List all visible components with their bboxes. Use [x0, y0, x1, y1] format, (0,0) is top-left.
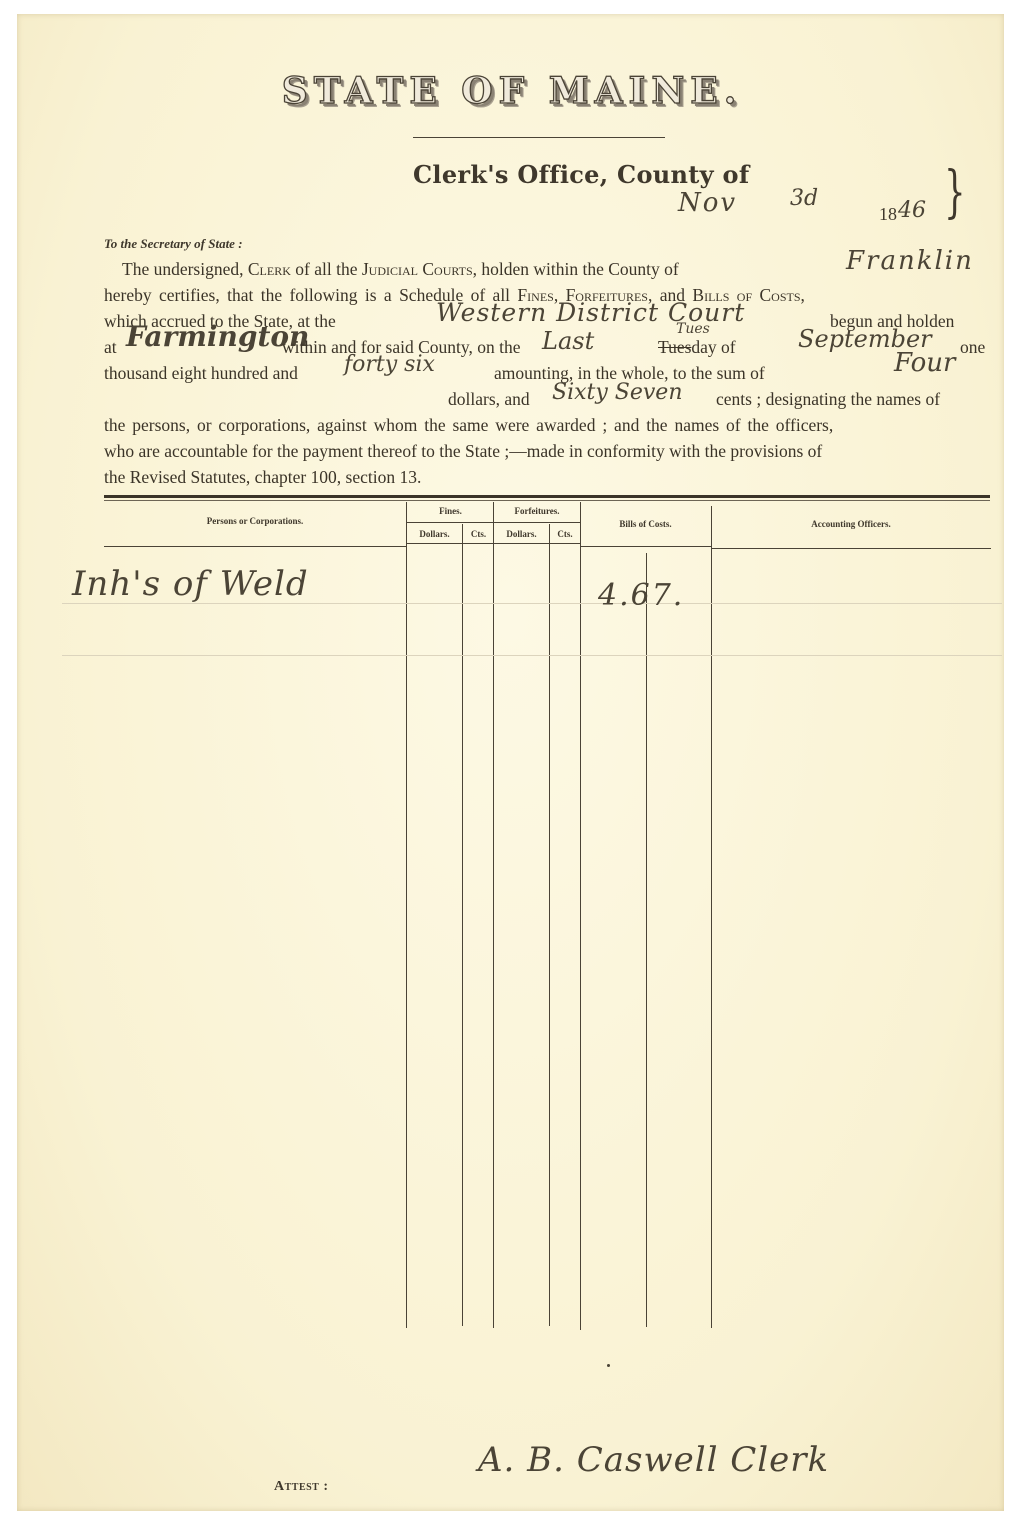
clerk-signature: A. B. Caswell Clerk	[478, 1440, 829, 1480]
header-accounting-officers: Accounting Officers.	[711, 519, 991, 529]
body-line-5-start: thousand eight hundred and	[104, 360, 298, 386]
body-line-1: The undersigned, Clerk of all the Judici…	[122, 256, 679, 282]
header-persons: Persons or Corporations.	[104, 516, 406, 526]
certification-paragraph: The undersigned, Clerk of all the Judici…	[104, 256, 997, 496]
header-fines-cents: Cts.	[463, 529, 494, 539]
salutation: To the Secretary of State :	[104, 236, 243, 252]
date-year-printed: 18	[879, 204, 897, 225]
body-line-9: the Revised Statutes, chapter 100, secti…	[104, 464, 421, 490]
handwritten-cents-words: Sixty Seven	[552, 380, 683, 406]
column-divider-6	[711, 506, 712, 1328]
column-divider-2	[462, 524, 463, 1326]
date-month-handwritten: Nov	[678, 188, 737, 218]
handwritten-county: Franklin	[846, 248, 974, 274]
table-top-rule-thin	[104, 500, 990, 501]
column-divider-1	[406, 502, 407, 1328]
row-person: Inh's of Weld	[72, 564, 309, 604]
column-divider-4	[549, 524, 550, 1326]
header-bottom-rule-right	[711, 548, 991, 549]
struck-weekday: Tues	[658, 337, 691, 357]
handwritten-year-words: forty six	[344, 352, 435, 378]
body-line-4-start: at	[104, 334, 117, 360]
handwritten-dollars-words: Four	[894, 350, 955, 376]
date-day-handwritten: 3d	[790, 186, 818, 211]
header-fines: Fines.	[407, 506, 494, 516]
office-heading: Clerk's Office, County of	[413, 160, 749, 189]
body-line-7: the persons, or corporations, against wh…	[104, 412, 833, 438]
body-line-6-start: dollars, and	[448, 386, 530, 412]
header-fines-dollars: Dollars.	[407, 529, 462, 539]
body-line-4-end: one	[960, 334, 985, 360]
brace-glyph: }	[944, 165, 965, 221]
header-bills-of-costs: Bills of Costs.	[580, 519, 711, 529]
ink-dot	[607, 1364, 610, 1367]
handwritten-day-ordinal: Last	[542, 328, 594, 354]
header-forfeitures-cents: Cts.	[550, 529, 580, 539]
date-year-handwritten: 46	[898, 198, 926, 223]
header-forfeitures: Forfeitures.	[494, 506, 580, 516]
column-divider-bills-inner	[646, 553, 647, 1327]
row-bills-of-costs: 4.67.	[598, 578, 684, 613]
attest-label: Attest :	[274, 1479, 329, 1495]
body-line-4-weekday: Tuesday of	[658, 334, 736, 360]
column-divider-3	[493, 502, 494, 1328]
column-divider-5	[580, 502, 581, 1330]
row-guide-2	[62, 655, 1002, 656]
header-bottom-rule-left	[104, 546, 406, 547]
title-divider	[413, 137, 665, 138]
document-title: STATE OF MAINE.	[0, 70, 1024, 112]
body-line-6-end: cents ; designating the names of	[716, 386, 940, 412]
table-top-rule	[104, 495, 990, 498]
header-forfeitures-dollars: Dollars.	[494, 529, 549, 539]
header-bottom-rule-bills	[580, 546, 711, 547]
body-line-8: who are accountable for the payment ther…	[104, 438, 822, 464]
